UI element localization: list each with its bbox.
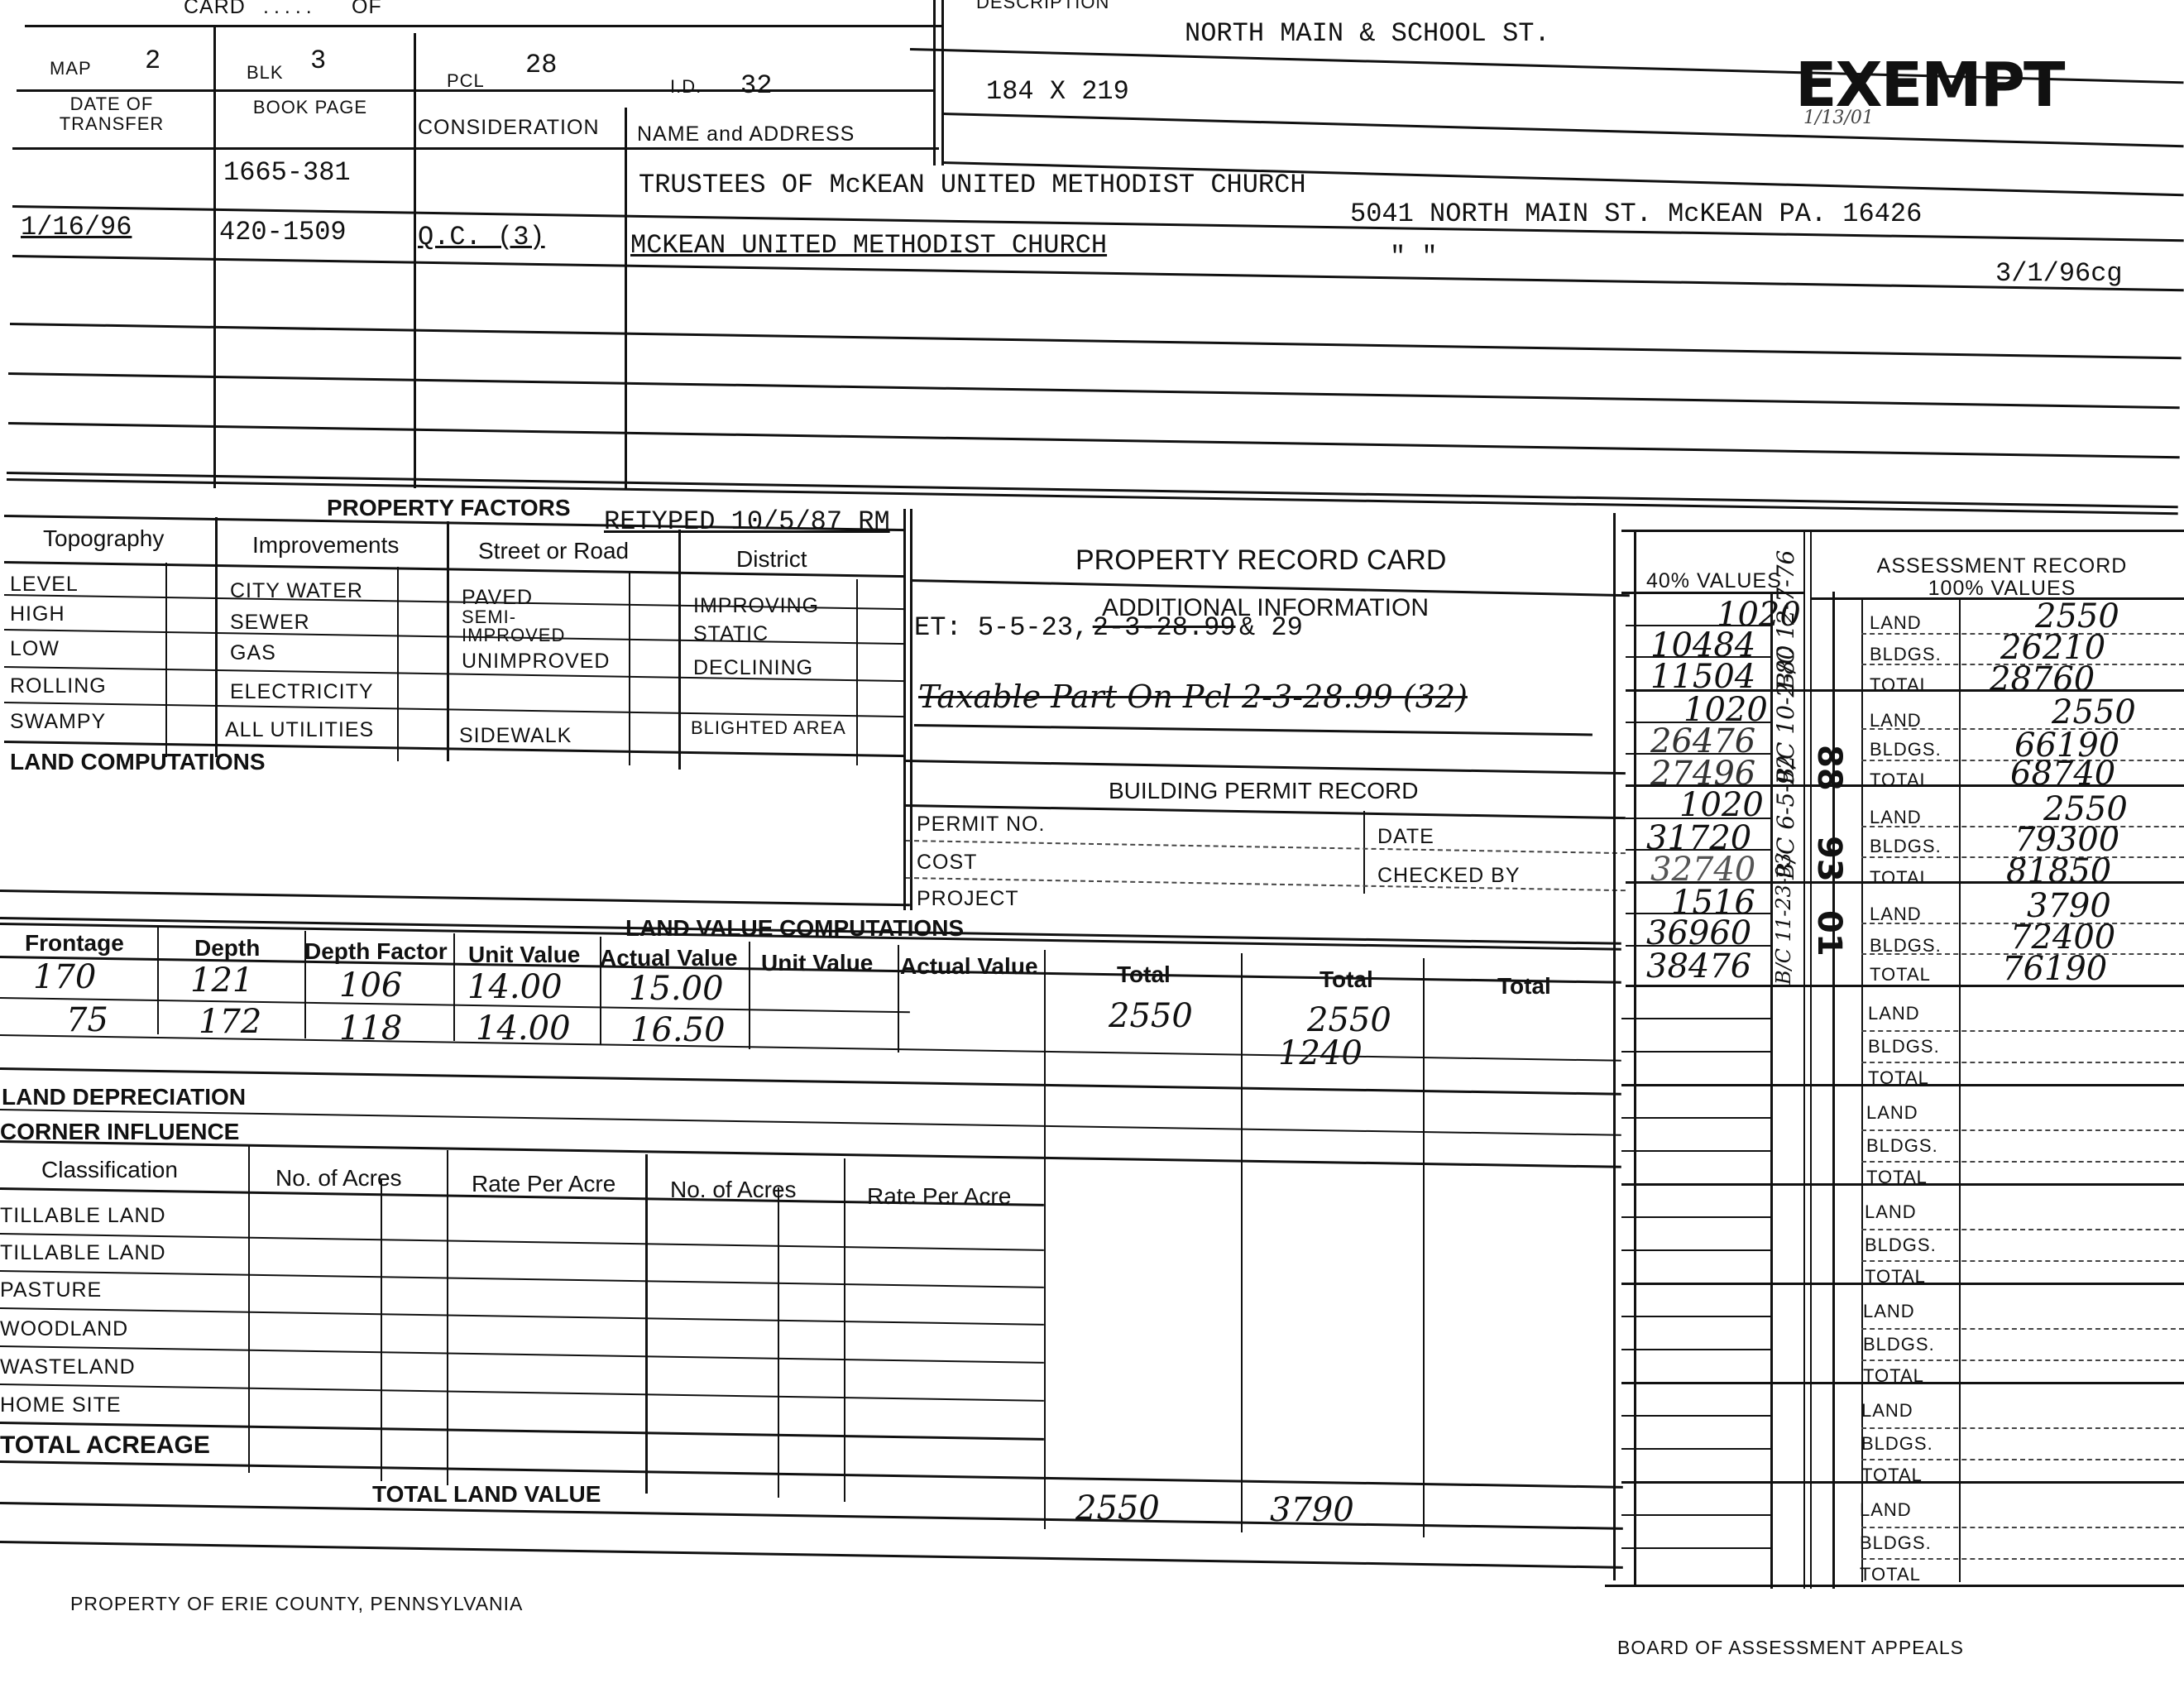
land-computations-label: LAND COMPUTATIONS — [10, 749, 266, 775]
street-sidewalk: SIDEWALK — [459, 724, 572, 748]
group1-total-label: TOTAL — [1870, 674, 1931, 696]
col-divider — [1613, 513, 1616, 1580]
description-line1: NORTH MAIN & SCHOOL ST. — [1185, 18, 1550, 49]
group3-total-value: 81850 — [2006, 852, 2111, 890]
divider — [914, 724, 1592, 736]
group7-land-label: LAND — [1865, 1201, 1917, 1223]
col-divider — [165, 563, 167, 757]
divider — [0, 890, 910, 906]
col-divider — [903, 509, 906, 910]
pcl-value: 28 — [525, 50, 557, 80]
divider — [0, 1270, 1044, 1288]
divider — [0, 1109, 1621, 1136]
book-page-1: 1665-381 — [223, 157, 351, 188]
assessment-title: ASSESSMENT RECORD — [1820, 554, 2184, 578]
acreage-row-tillable-2: TILLABLE LAND — [0, 1241, 166, 1265]
unit-value-1: 14.00 — [467, 968, 563, 1006]
footer-right: BOARD OF ASSESSMENT APPEALS — [1617, 1637, 1964, 1659]
divider — [1812, 597, 2184, 600]
col-improvements: Improvements — [252, 532, 399, 559]
col-divider — [304, 931, 306, 1038]
district-blighted-area: BLIGHTED AREA — [691, 720, 856, 736]
divider — [1861, 1260, 2184, 1262]
divider — [25, 25, 943, 27]
transfer-note-2: 3/1/96cg — [1995, 258, 2123, 289]
topography-low: LOW — [10, 637, 60, 661]
col-divider — [1803, 530, 1805, 1589]
property-factors-title: PROPERTY FACTORS — [327, 495, 571, 521]
col-frontage: Frontage — [25, 930, 124, 957]
card-label: CARD — [184, 0, 246, 19]
col-divider — [600, 937, 601, 1044]
improvement-sewer: SEWER — [230, 611, 310, 635]
et-struck: 2-3-28.99 — [1093, 612, 1236, 643]
year-mark-88: 88 — [1810, 745, 1848, 791]
divider — [1626, 849, 1770, 851]
divider — [1861, 1527, 2184, 1528]
handwritten-note: Taxable Part On Pcl 2-3-28.99 (32) — [918, 679, 1468, 715]
divider — [8, 372, 2180, 409]
col-consideration: CONSIDERATION — [418, 116, 600, 140]
total-acreage-label: TOTAL ACREAGE — [0, 1431, 210, 1460]
map-label: MAP — [50, 58, 92, 79]
retyped-note: RETYPED 10/5/87 RM — [604, 506, 890, 537]
divider — [1861, 1558, 2184, 1560]
permit-date-label: DATE — [1377, 825, 1434, 849]
col-book-page: BOOK PAGE — [248, 98, 372, 117]
col-divider — [629, 571, 630, 765]
group7-bldgs-label: BLDGS. — [1865, 1235, 1937, 1256]
divider — [1621, 1249, 1770, 1251]
divider — [1861, 1427, 2184, 1429]
col-divider — [381, 1179, 382, 1481]
topography-rolling: ROLLING — [10, 674, 107, 698]
divider — [1621, 1150, 1770, 1152]
divider — [1621, 1316, 1770, 1317]
topography-high: HIGH — [10, 602, 65, 626]
acreage-row-home-site: HOME SITE — [0, 1393, 122, 1417]
col-divider — [1241, 953, 1243, 1532]
col-divider — [898, 945, 899, 1053]
group6-bldgs-label: BLDGS. — [1866, 1135, 1938, 1157]
col-district: District — [736, 546, 807, 573]
values-40-title: 40% VALUES — [1646, 569, 1782, 593]
transfer-date-2: 1/16/96 — [21, 212, 132, 242]
checked-by-label: CHECKED BY — [1377, 864, 1521, 888]
col-divider — [215, 517, 218, 757]
improvement-electricity: ELECTRICITY — [230, 680, 374, 704]
group1-land-label: LAND — [1870, 612, 1922, 634]
col-divider — [1810, 530, 1812, 1589]
divider — [0, 1460, 1623, 1489]
blk-label: BLK — [247, 62, 284, 84]
et-prefix: ET: 5-5-23, — [914, 612, 1089, 643]
col-divider — [1044, 950, 1046, 1529]
col-divider — [213, 25, 216, 488]
divider — [1626, 818, 1770, 819]
col-street-road: Street or Road — [478, 538, 629, 564]
divider — [17, 89, 935, 92]
frontage-2: 75 — [66, 1001, 108, 1039]
description-line2: 184 X 219 — [986, 76, 1129, 107]
col-divider — [933, 0, 936, 165]
col-name-address: NAME and ADDRESS — [637, 122, 855, 146]
owner-name-1: TRUSTEES OF McKEAN UNITED METHODIST CHUR… — [639, 170, 1306, 200]
street-unimproved: UNIMPROVED — [462, 650, 610, 674]
total-land-value-label: TOTAL LAND VALUE — [372, 1481, 601, 1508]
group5-bldgs-label: BLDGS. — [1868, 1036, 1940, 1057]
topography-swampy: SWAMPY — [10, 710, 106, 734]
col-unit-value-2: Unit Value — [761, 950, 873, 976]
et-line: ET: 5-5-23, 2-3-28.99 & 29 — [914, 612, 1303, 643]
group10-land-label: LAND — [1860, 1499, 1912, 1521]
owner-address-1: 5041 NORTH MAIN ST. McKEAN PA. 16426 — [1350, 199, 1922, 229]
col-topography: Topography — [43, 525, 164, 552]
et-suffix: & 29 — [1239, 612, 1303, 643]
group9-total-label: TOTAL — [1861, 1465, 1923, 1486]
divider — [1621, 1051, 1770, 1053]
frontage-1: 170 — [33, 958, 96, 996]
col-divider — [248, 1146, 250, 1473]
depth-2: 172 — [199, 1003, 261, 1041]
side-note-4: B/C 11-23-93 — [1772, 885, 1795, 985]
divider — [0, 1502, 1623, 1530]
divider — [1861, 1161, 2184, 1163]
col-no-of-acres-1: No. of Acres — [275, 1165, 402, 1192]
group9-bldgs-label: BLDGS. — [1861, 1433, 1933, 1455]
col-classification: Classification — [41, 1157, 178, 1183]
cost-label: COST — [917, 851, 977, 875]
group8-bldgs-label: BLDGS. — [1863, 1334, 1935, 1355]
group3-total-label: TOTAL — [1870, 867, 1931, 889]
divider — [1621, 530, 2184, 532]
group1-bldgs-label: BLDGS. — [1870, 644, 1942, 665]
divider — [0, 1140, 1621, 1168]
col-divider — [1363, 811, 1365, 894]
group10-total-label: TOTAL — [1860, 1564, 1921, 1585]
col-total-2: Total — [1319, 966, 1373, 993]
col-divider — [749, 942, 750, 1049]
col-divider — [157, 927, 159, 1034]
group10-bldgs-label: BLDGS. — [1860, 1532, 1932, 1554]
topography-level: LEVEL — [10, 573, 79, 597]
col-rate-per-acre-2: Rate Per Acre — [867, 1183, 1011, 1210]
divider — [906, 840, 1626, 854]
actual-value-2: 16.50 — [630, 1011, 726, 1049]
divider — [1861, 1328, 2184, 1330]
divider — [906, 760, 1626, 774]
year-mark-01: 01 — [1810, 910, 1848, 957]
col-divider — [447, 1150, 448, 1485]
divider — [1621, 1216, 1770, 1218]
acreage-row-woodland: WOODLAND — [0, 1317, 128, 1341]
land-depreciation-label: LAND DEPRECIATION — [2, 1084, 246, 1110]
divider — [1626, 656, 1770, 658]
owner-address-2: " " — [1390, 242, 1438, 272]
group2-total-value: 68740 — [2010, 755, 2115, 793]
exempt-note: 1/13/01 — [1803, 108, 1874, 128]
divider — [1626, 913, 1770, 914]
total-1-row-1: 2550 — [1109, 997, 1193, 1035]
col-actual-value-2: Actual Value — [900, 953, 1038, 980]
col-total-3: Total — [1497, 973, 1551, 1000]
divider — [0, 1541, 1623, 1569]
divider — [0, 1383, 1044, 1402]
col-divider — [778, 1187, 779, 1498]
depth-factor-1: 106 — [339, 966, 402, 1005]
divider — [12, 147, 939, 150]
map-value: 2 — [145, 46, 160, 76]
book-page-2: 420-1509 — [219, 217, 347, 247]
col-divider — [1959, 597, 1961, 1582]
divider — [10, 323, 2182, 359]
group4-total-value: 76190 — [2002, 950, 2107, 988]
group5-land-label: LAND — [1868, 1003, 1920, 1024]
divider — [4, 702, 906, 717]
group6-total-label: TOTAL — [1866, 1167, 1928, 1188]
divider — [8, 422, 2180, 458]
divider — [1861, 1129, 2184, 1131]
id-label: I.D. — [670, 76, 702, 98]
divider — [1621, 1018, 1770, 1019]
col-divider — [1634, 530, 1636, 1585]
id-value: 32 — [740, 70, 772, 101]
year-mark-93: 93 — [1810, 836, 1848, 882]
acreage-row-tillable-1: TILLABLE LAND — [0, 1204, 166, 1228]
divider — [1861, 1030, 2184, 1032]
acreage-row-pasture: PASTURE — [0, 1278, 102, 1302]
col-divider — [941, 0, 944, 165]
col-divider — [678, 530, 681, 770]
divider — [1861, 1229, 2184, 1230]
group4-total-label: TOTAL — [1870, 964, 1931, 985]
divider — [1626, 753, 1770, 755]
actual-value-1: 15.00 — [629, 970, 724, 1008]
group3-bldgs-label: BLDGS. — [1870, 836, 1942, 857]
owner-name-2: MCKEAN UNITED METHODIST CHURCH — [630, 230, 1107, 261]
col-divider — [453, 933, 455, 1041]
blk-value: 3 — [310, 46, 326, 76]
divider — [1861, 1062, 2184, 1063]
divider — [1621, 1117, 1770, 1119]
depth-1: 121 — [190, 961, 253, 1000]
divider — [0, 1307, 1044, 1326]
group2-bldgs-label: BLDGS. — [1870, 739, 1942, 760]
description-label: DESCRIPTION — [976, 0, 1109, 13]
improvement-all-utilities: ALL UTILITIES — [225, 718, 374, 742]
col-divider — [910, 509, 912, 910]
of-label: OF — [352, 0, 382, 19]
divider — [1626, 722, 1770, 723]
col-rate-per-acre-1: Rate Per Acre — [472, 1171, 615, 1197]
building-permit-title: BUILDING PERMIT RECORD — [1109, 778, 1418, 804]
group2-total-label: TOTAL — [1870, 770, 1931, 791]
divider — [1621, 1415, 1770, 1417]
divider — [0, 1345, 1044, 1364]
project-label: PROJECT — [917, 887, 1019, 911]
group8-land-label: LAND — [1863, 1301, 1915, 1322]
consideration-2: Q.C. (3) — [418, 222, 545, 252]
col-divider — [645, 1154, 648, 1494]
col-divider — [844, 1158, 845, 1502]
divider — [1861, 1360, 2184, 1361]
improvement-gas: GAS — [230, 641, 276, 665]
divider — [1621, 1349, 1770, 1350]
group9-land-label: LAND — [1861, 1400, 1913, 1422]
card-dots: ..... — [263, 0, 317, 19]
group6-land-label: LAND — [1866, 1102, 1918, 1124]
divider — [1626, 945, 1770, 947]
divider — [4, 629, 906, 645]
total-2-row-2: 1240 — [1278, 1034, 1363, 1072]
col-divider — [447, 521, 449, 761]
footer-left: PROPERTY OF ERIE COUNTY, PENNSYLVANIA — [70, 1593, 523, 1615]
group7-total-label: TOTAL — [1865, 1266, 1926, 1288]
col-divider — [397, 567, 399, 761]
group8-total-label: TOTAL — [1863, 1365, 1924, 1387]
value-40-12: 38476 — [1646, 947, 1751, 985]
group5-total-label: TOTAL — [1868, 1067, 1929, 1089]
col-divider — [1832, 592, 1835, 1589]
col-depth: Depth — [194, 935, 260, 961]
divider — [1621, 1547, 1770, 1549]
divider — [1861, 1459, 2184, 1460]
district-static: STATIC — [693, 622, 769, 646]
col-date-of-transfer: DATE OF TRANSFER — [21, 94, 203, 134]
acreage-row-wasteland: WASTELAND — [0, 1355, 136, 1379]
divider — [1621, 1514, 1770, 1516]
divider — [1626, 625, 1770, 626]
col-divider — [1423, 958, 1425, 1537]
divider — [1621, 1448, 1770, 1450]
permit-no-label: PERMIT NO. — [917, 813, 1045, 837]
record-card-title: PROPERTY RECORD CARD — [1075, 544, 1446, 577]
